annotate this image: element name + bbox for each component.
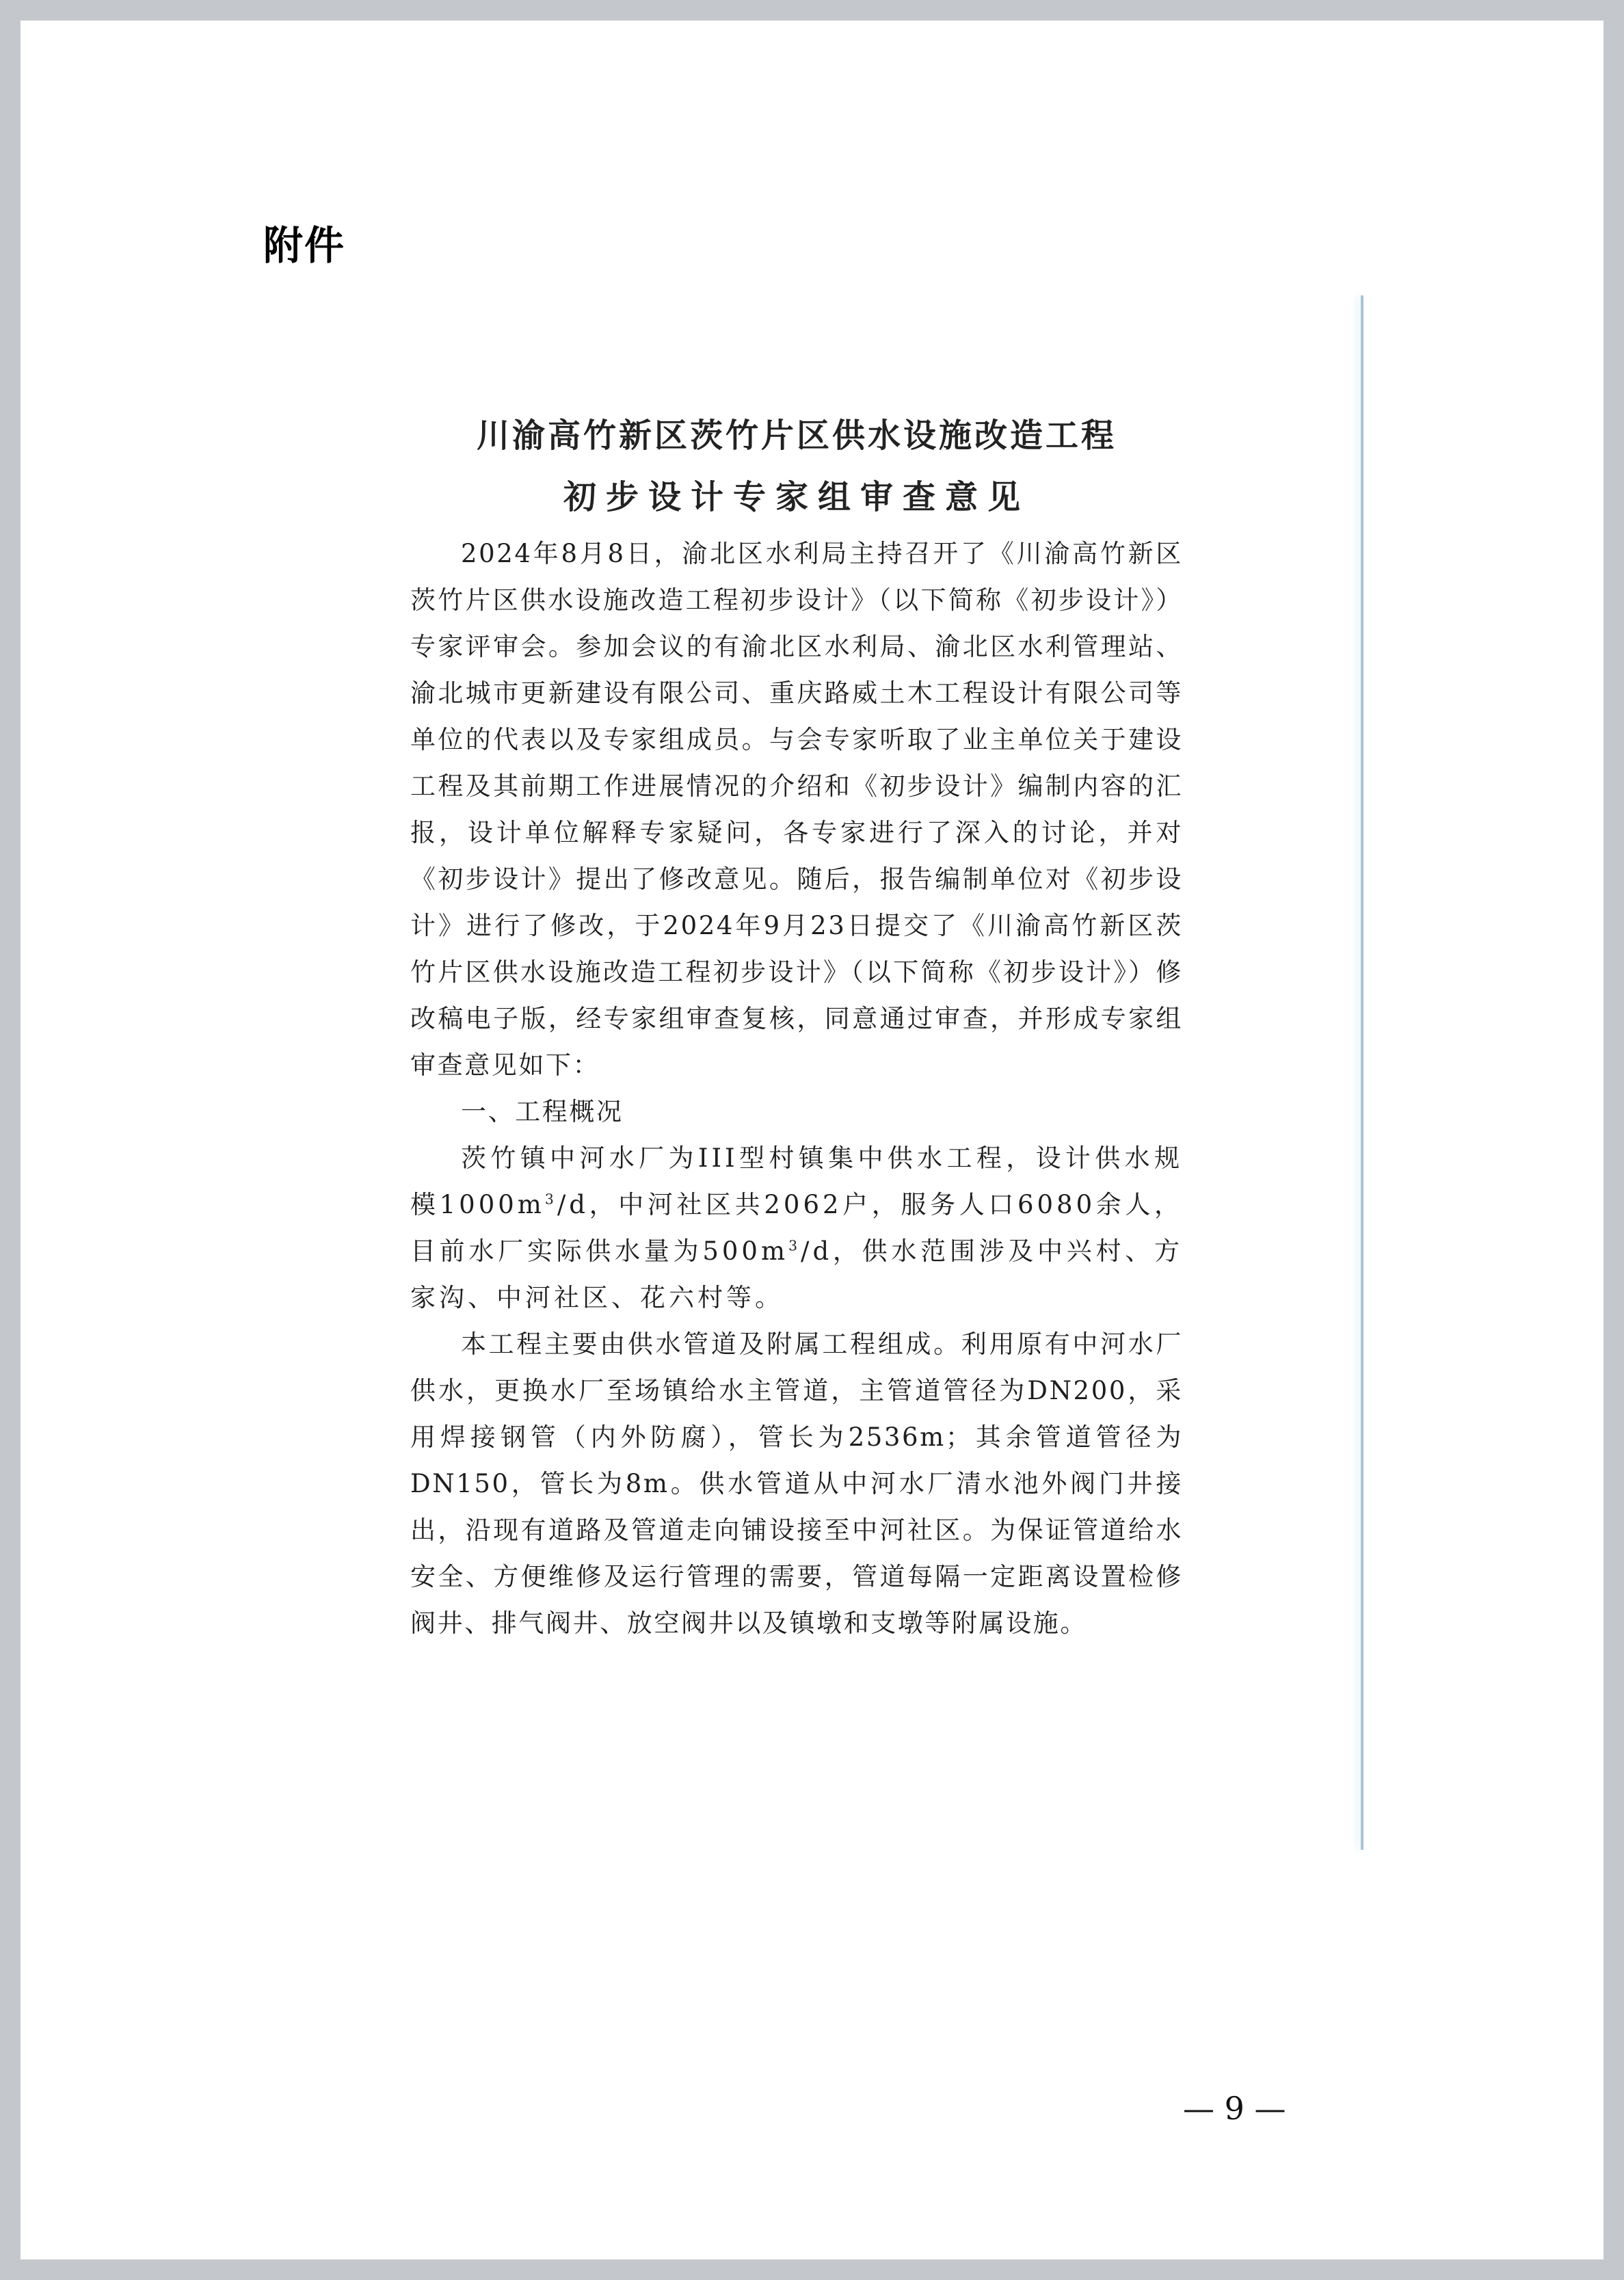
cubic-superscript: 3	[788, 1238, 801, 1254]
project-overview-paragraph-2: 本工程主要由供水管道及附属工程组成。利用原有中河水厂供水，更换水厂至场镇给水主管…	[410, 1321, 1183, 1647]
page-number: — 9 —	[1183, 2093, 1286, 2124]
cubic-superscript: 3	[545, 1191, 557, 1208]
intro-paragraph: 2024年8月8日，渝北区水利局主持召开了《川渝高竹新区茨竹片区供水设施改造工程…	[410, 531, 1183, 1089]
project-overview-paragraph-1: 茨竹镇中河水厂为III型村镇集中供水工程，设计供水规模1000m3/d，中河社区…	[410, 1135, 1183, 1321]
document-title-line-2: 初步设计专家组审查意见	[410, 465, 1183, 529]
document-page: 附件 川渝高竹新区茨竹片区供水设施改造工程 初步设计专家组审查意见 2024年8…	[21, 21, 1603, 2259]
document-title-line-1: 川渝高竹新区茨竹片区供水设施改造工程	[402, 403, 1191, 468]
scan-edge-divider	[1361, 295, 1363, 1850]
attachment-label: 附件	[263, 226, 345, 265]
scanned-document: 川渝高竹新区茨竹片区供水设施改造工程 初步设计专家组审查意见 2024年8月8日…	[410, 403, 1183, 1647]
section-heading-project-overview: 一、工程概况	[410, 1089, 1183, 1135]
